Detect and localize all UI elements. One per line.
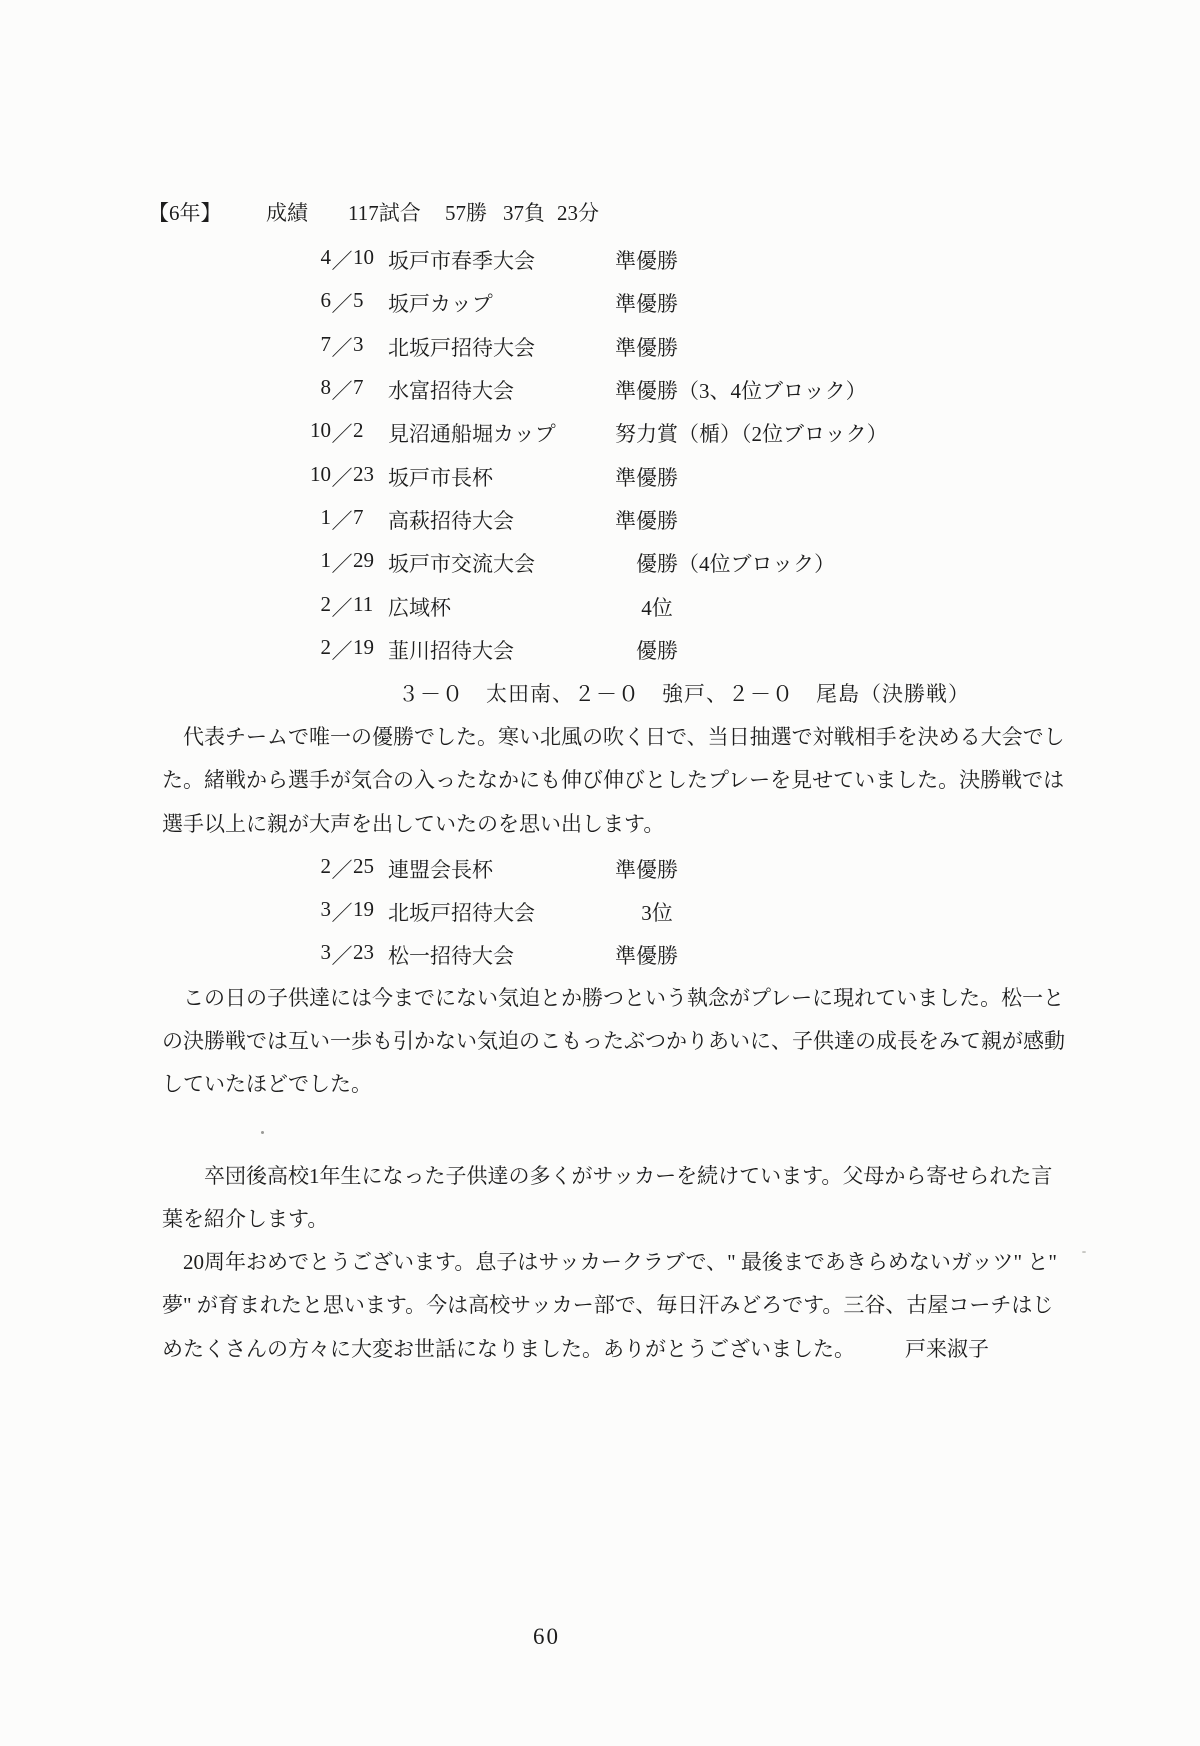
paragraph-line: 葉を紹介します。: [162, 1203, 328, 1233]
signature-name: 戸来淑子: [905, 1333, 989, 1363]
date-slash: ／: [331, 592, 353, 622]
grade-label: 【6年】: [148, 197, 222, 227]
stat-wins: 57勝: [445, 197, 487, 227]
scan-artifact-dot: [261, 1131, 264, 1134]
tournament-name: 坂戸市交流大会: [388, 548, 535, 578]
season-header: 【6年】 成績 117試合 57勝 37負 23分: [0, 197, 1200, 223]
date-slash: ／: [331, 548, 353, 578]
paragraph-line: していたほどでした。: [162, 1068, 372, 1098]
tournament-result: 努力賞（楯）（2位ブロック）: [615, 418, 888, 448]
result-row: 2／19韮川招待大会 優勝: [305, 635, 1085, 661]
result-row: 6／5坂戸カップ準優勝: [305, 288, 1085, 314]
date-slash: ／: [331, 940, 353, 970]
paragraph-line: の決勝戦では互い一歩も引かない気迫のこもったぶつかりあいに、子供達の成長をみて親…: [162, 1025, 1065, 1055]
tournament-result: 準優勝: [615, 288, 678, 318]
date-slash: ／: [331, 462, 353, 492]
result-row: 7／3北坂戸招待大会準優勝: [305, 332, 1085, 358]
result-row: 1／29坂戸市交流大会 優勝（4位ブロック）: [305, 548, 1085, 574]
tournament-name: 松一招待大会: [388, 940, 514, 970]
tournament-result: 準優勝（3、4位ブロック）: [615, 375, 867, 405]
date-month: 10: [305, 418, 331, 443]
date-slash: ／: [331, 245, 353, 275]
tournament-name: 水富招待大会: [388, 375, 514, 405]
tournament-result: 優勝: [615, 635, 678, 665]
date-month: 1: [305, 548, 331, 573]
tournament-name: 坂戸市春季大会: [388, 245, 535, 275]
tournament-name: 高萩招待大会: [388, 505, 514, 535]
date-month: 2: [305, 635, 331, 660]
date-month: 3: [305, 897, 331, 922]
date-slash: ／: [331, 505, 353, 535]
tournament-name: 韮川招待大会: [388, 635, 514, 665]
date-month: 2: [305, 592, 331, 617]
tournament-result: 優勝（4位ブロック）: [615, 548, 835, 578]
date-slash: ／: [331, 897, 353, 927]
scanned-document-page: 【6年】 成績 117試合 57勝 37負 23分 ３－０ 太田南、２－０ 強戸…: [0, 0, 1200, 1746]
result-row: 3／23松一招待大会準優勝: [305, 940, 1085, 966]
result-row: 2／25連盟会長杯準優勝: [305, 854, 1085, 880]
paragraph-line: 20周年おめでとうございます。息子はサッカークラブで、" 最後まであきらめないガ…: [162, 1246, 1057, 1276]
paragraph-line: この日の子供達には今までにない気迫とか勝つという執念がプレーに現れていました。松…: [162, 982, 1064, 1012]
tournament-result: 準優勝: [615, 462, 678, 492]
date-slash: ／: [331, 375, 353, 405]
stat-matches: 117試合: [348, 197, 421, 227]
tournament-name: 広域杯: [388, 592, 451, 622]
date-slash: ／: [331, 854, 353, 884]
page-number: 60: [533, 1624, 560, 1650]
date-month: 4: [305, 245, 331, 270]
result-row: 10／23坂戸市長杯準優勝: [305, 462, 1085, 488]
final-scores-line: ３－０ 太田南、２－０ 強戸、２－０ 尾島（決勝戦）: [398, 678, 970, 708]
tournament-name: 連盟会長杯: [388, 854, 493, 884]
tournament-name: 坂戸市長杯: [388, 462, 493, 492]
tournament-name: 北坂戸招待大会: [388, 332, 535, 362]
paragraph-line: 代表チームで唯一の優勝でした。寒い北風の吹く日で、当日抽選で対戦相手を決める大会…: [162, 721, 1065, 751]
result-row: 3／19北坂戸招待大会 3位: [305, 897, 1085, 923]
date-slash: ／: [331, 635, 353, 665]
date-month: 8: [305, 375, 331, 400]
stat-losses: 37負: [503, 197, 545, 227]
date-month: 1: [305, 505, 331, 530]
tournament-result: 準優勝: [615, 854, 678, 884]
tournament-name: 坂戸カップ: [388, 288, 493, 318]
tournament-result: 準優勝: [615, 332, 678, 362]
date-slash: ／: [331, 418, 353, 448]
paragraph-line: た。緒戦から選手が気合の入ったなかにも伸び伸びとしたプレーを見せていました。決勝…: [162, 764, 1064, 794]
date-slash: ／: [331, 332, 353, 362]
paragraph-line: めたくさんの方々に大変お世話になりました。ありがとうございました。: [162, 1333, 855, 1363]
paragraph-line: 夢" が育まれたと思います。今は高校サッカー部で、毎日汗みどろです。三谷、古屋コ…: [162, 1289, 1053, 1319]
stat-draws: 23分: [557, 197, 599, 227]
record-label: 成績: [266, 197, 308, 227]
paragraph-line: 選手以上に親が大声を出していたのを思い出します。: [162, 808, 664, 838]
date-month: 10: [305, 462, 331, 487]
date-slash: ／: [331, 288, 353, 318]
date-month: 6: [305, 288, 331, 313]
result-row: 2／11広域杯 4位: [305, 592, 1085, 618]
date-month: 3: [305, 940, 331, 965]
paragraph-line: 卒団後高校1年生になった子供達の多くがサッカーを続けています。父母から寄せられた…: [162, 1160, 1052, 1190]
tournament-result: 準優勝: [615, 940, 678, 970]
tournament-result: 準優勝: [615, 245, 678, 275]
result-row: 1／7高萩招待大会準優勝: [305, 505, 1085, 531]
date-month: 2: [305, 854, 331, 879]
date-month: 7: [305, 332, 331, 357]
result-row: 10／2見沼通船堀カップ努力賞（楯）（2位ブロック）: [305, 418, 1085, 444]
scan-artifact-dash: [1082, 1251, 1086, 1253]
tournament-result: 4位: [615, 592, 673, 622]
tournament-name: 北坂戸招待大会: [388, 897, 535, 927]
result-row: 4／10坂戸市春季大会準優勝: [305, 245, 1085, 271]
tournament-result: 3位: [615, 897, 673, 927]
tournament-name: 見沼通船堀カップ: [388, 418, 556, 448]
tournament-result: 準優勝: [615, 505, 678, 535]
result-row: 8／7水富招待大会準優勝（3、4位ブロック）: [305, 375, 1085, 401]
